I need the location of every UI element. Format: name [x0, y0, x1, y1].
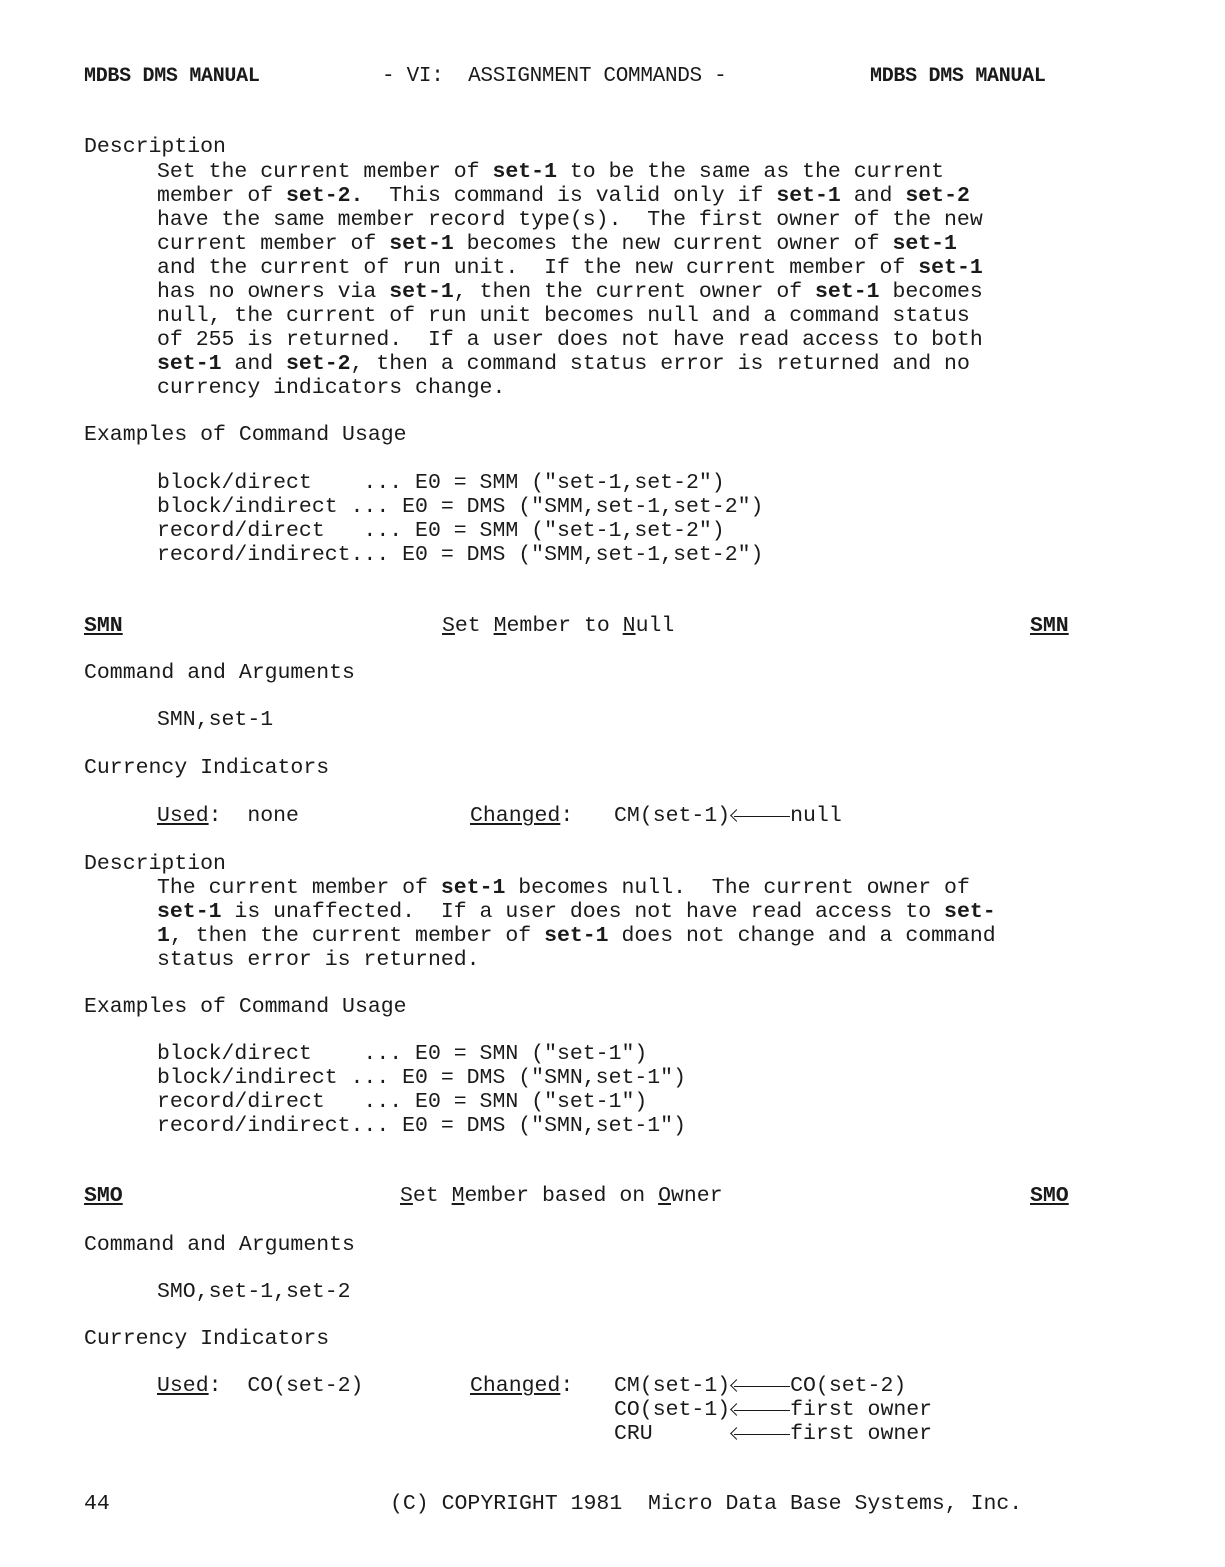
smo-title: Set Member based on Owner	[400, 1184, 723, 1208]
smn-examples-label: Examples of Command Usage	[84, 995, 407, 1019]
text-line: member of set-2. This command is valid o…	[157, 184, 1092, 208]
text-line: current member of set-1 becomes the new …	[157, 232, 1092, 256]
text-line: has no owners via set-1, then the curren…	[157, 280, 1092, 304]
text-line: 1, then the current member of set-1 does…	[157, 924, 1092, 948]
smo-command-syntax: SMO,set-1,set-2	[157, 1280, 351, 1304]
smo-code-right: SMO	[1030, 1184, 1069, 1208]
example-line: block/direct ... E0 = SMM ("set-1,set-2"…	[157, 471, 1092, 495]
left-arrow-icon	[730, 1374, 790, 1398]
currency-change-row: CO(set-1) first owner	[614, 1398, 932, 1422]
used-label: Used	[157, 1374, 209, 1398]
left-arrow-icon	[730, 1422, 790, 1446]
smo-currency-label: Currency Indicators	[84, 1327, 329, 1351]
text-line: set-1 and set-2, then a command status e…	[157, 352, 1092, 376]
used-value: CO(set-2)	[247, 1374, 363, 1398]
currency-change-row: CM(set-1) CO(set-2)	[614, 1374, 932, 1398]
running-header-left: MDBS DMS MANUAL	[84, 65, 260, 89]
smn-changed-list: CM(set-1) null	[614, 804, 842, 828]
currency-change-row: CRU first owner	[614, 1422, 932, 1446]
smn-examples-list: block/direct ... E0 = SMN ("set-1")block…	[157, 1042, 1092, 1138]
example-line: block/direct ... E0 = SMN ("set-1")	[157, 1042, 1092, 1066]
example-line: record/indirect... E0 = DMS ("SMM,set-1,…	[157, 543, 1092, 567]
text-line: null, the current of run unit becomes nu…	[157, 304, 1092, 328]
text-line: set-1 is unaffected. If a user does not …	[157, 900, 1092, 924]
text-line: of 255 is returned. If a user does not h…	[157, 328, 1092, 352]
copyright-notice: (C) COPYRIGHT 1981 Micro Data Base Syste…	[390, 1492, 1022, 1516]
example-line: record/indirect... E0 = DMS ("SMN,set-1"…	[157, 1114, 1092, 1138]
smn-description-label: Description	[84, 852, 226, 876]
example-line: block/indirect ... E0 = DMS ("SMM,set-1,…	[157, 495, 1092, 519]
smn-changed-label: Changed:	[470, 804, 573, 828]
text-line: Set the current member of set-1 to be th…	[157, 160, 1092, 184]
smm-description-label: Description	[84, 135, 226, 159]
smm-description-text: Set the current member of set-1 to be th…	[157, 160, 1092, 400]
smn-currency-label: Currency Indicators	[84, 756, 329, 780]
left-arrow-icon	[730, 804, 790, 828]
text-line: and the current of run unit. If the new …	[157, 256, 1092, 280]
smm-examples-list: block/direct ... E0 = SMM ("set-1,set-2"…	[157, 471, 1092, 567]
smn-code-left: SMN	[84, 614, 123, 638]
text-line: The current member of set-1 becomes null…	[157, 876, 1092, 900]
smo-changed-list: CM(set-1) CO(set-2)CO(set-1) first owner…	[614, 1374, 932, 1446]
page-number: 44	[84, 1492, 110, 1516]
smo-code-left: SMO	[84, 1184, 123, 1208]
smo-command-label: Command and Arguments	[84, 1233, 355, 1257]
smn-description-text: The current member of set-1 becomes null…	[157, 876, 1092, 972]
text-line: currency indicators change.	[157, 376, 1092, 400]
example-line: block/indirect ... E0 = DMS ("SMN,set-1"…	[157, 1066, 1092, 1090]
smn-command-label: Command and Arguments	[84, 661, 355, 685]
smm-examples-label: Examples of Command Usage	[84, 423, 407, 447]
currency-change-row: CM(set-1) null	[614, 804, 842, 828]
example-line: record/direct ... E0 = SMM ("set-1,set-2…	[157, 519, 1092, 543]
smn-code-right: SMN	[1030, 614, 1069, 638]
smn-command-syntax: SMN,set-1	[157, 708, 273, 732]
running-header-center: - VI: ASSIGNMENT COMMANDS -	[382, 65, 726, 89]
used-value: none	[247, 804, 299, 828]
smn-used: Used: none	[157, 804, 299, 828]
text-line: have the same member record type(s). The…	[157, 208, 1092, 232]
smo-changed-label: Changed:	[470, 1374, 573, 1398]
text-line: status error is returned.	[157, 948, 1092, 972]
smn-title: Set Member to Null	[442, 614, 674, 638]
running-header-right: MDBS DMS MANUAL	[870, 65, 1046, 89]
example-line: record/direct ... E0 = SMN ("set-1")	[157, 1090, 1092, 1114]
used-label: Used	[157, 804, 209, 828]
left-arrow-icon	[730, 1398, 790, 1422]
smo-used: Used: CO(set-2)	[157, 1374, 363, 1398]
